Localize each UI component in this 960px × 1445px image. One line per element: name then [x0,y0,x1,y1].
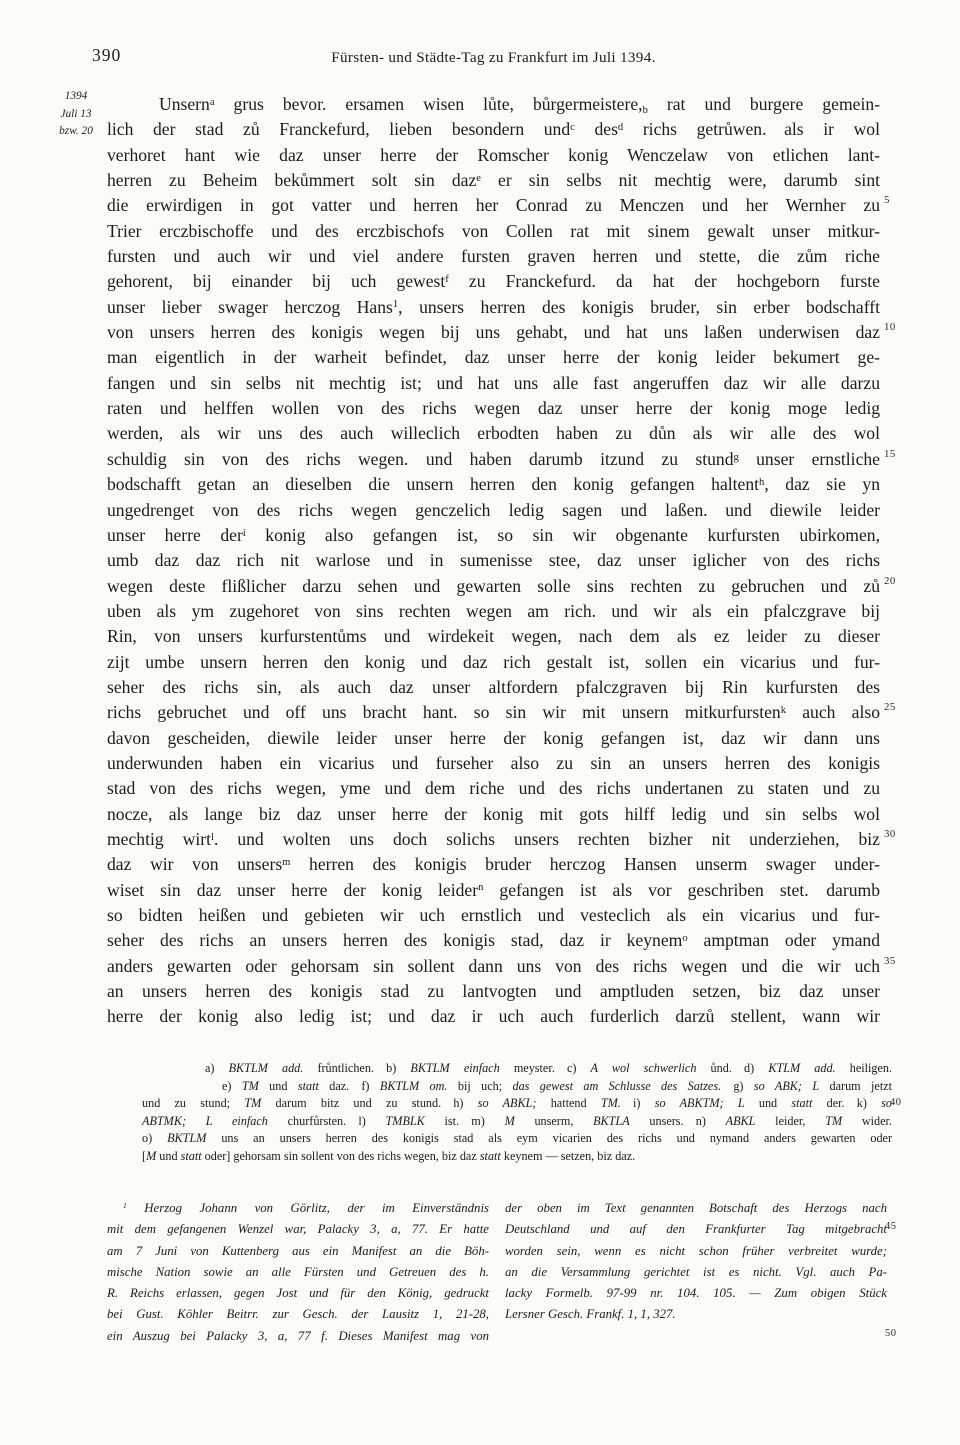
text-line: fangen und sin selbs nit mechtig ist; un… [107,371,880,396]
text-line: uben als ym zugehoret von sins rechten w… [107,599,880,624]
apparatus-line: ABTMK; L einfach churfůrsten. l) TMBLK i… [142,1113,892,1131]
apparatus-line: o) BKTLM uns an unsers herren des konigi… [142,1130,892,1148]
footnote-line: ein Auszug bei Palacky 3, a, 77 f. Diese… [107,1326,489,1347]
text-line: nocze, als lange biz daz unser herre der… [107,802,880,827]
text-line: wiset sin daz unser herre der konig leid… [107,878,880,903]
text-line: Unserna grus bevor. ersamen wisen lůte, … [107,92,880,117]
text-line: davon gescheiden, diewile leider unser h… [107,726,880,751]
text-line: die erwirdigen in got vatter und herren … [107,193,880,218]
text-line: Trier erczbischoffe und des erczbischofs… [107,219,880,244]
line-number: 45 [885,1222,915,1233]
line-number: 25 [884,702,914,713]
text-line: umb daz daz rich nit warlose und in sume… [107,548,880,573]
apparatus-line: a) BKTLM add. frůntlichen. b) BKTLM einf… [142,1060,892,1078]
margin-date-alt: bzw. 20 [46,123,106,141]
text-line: bodschafft getan an dieselben die unsern… [107,472,880,497]
footnote-line: der oben im Text genannten Botschaft des… [505,1198,887,1219]
footnote-line: mit dem gefangenen Wenzel war, Palacky 3… [107,1219,489,1240]
margin-date-day: Juli 13 [46,106,106,124]
line-number: 5 [884,195,914,206]
text-line: herren zu Beheim bekůmmert solt sin daze… [107,168,880,193]
text-line: verhoret hant wie daz unser herre der Ro… [107,143,880,168]
margin-date: 1394 Juli 13 bzw. 20 [46,88,106,141]
main-text-block: Unserna grus bevor. ersamen wisen lůte, … [107,92,880,1030]
text-line: werden, als wir uns des auch willeclich … [107,421,880,446]
line-number: 30 [884,829,914,840]
line-number: 10 [884,322,914,333]
text-line: mechtig wirtl. und wolten uns doch solic… [107,827,880,852]
footnote-line: Lersner Gesch. Frankf. 1, 1, 327. [505,1304,887,1325]
text-line: seher des richs an unsers herren des kon… [107,928,880,953]
text-line: gehorent, bij einander bij uch gewestf z… [107,269,880,294]
footnote-column-right: der oben im Text genannten Botschaft des… [505,1198,887,1347]
text-line: zijt umbe unsern herren den konig und da… [107,650,880,675]
text-line: raten und helffen wollen von des richs w… [107,396,880,421]
scanned-book-page: 390 Fürsten- und Städte-Tag zu Frankfurt… [0,0,960,1445]
text-line: so bidten heißen und gebieten wir uch er… [107,903,880,928]
text-line: man eigentlich in der warheit befindet, … [107,345,880,370]
text-line: schuldig sin von des richs wegen. und ha… [107,447,880,472]
footnote-line: 1 Herzog Johann von Görlitz, der im Einv… [107,1198,489,1219]
apparatus-line: und zu stund; TM darum bitz und zu stund… [142,1095,892,1113]
critical-apparatus-block: a) BKTLM add. frůntlichen. b) BKTLM einf… [142,1060,892,1166]
apparatus-line: e) TM und statt daz. f) BKTLM om. bij uc… [142,1078,892,1096]
running-header-title: Fürsten- und Städte-Tag zu Frankfurt im … [107,49,880,67]
footnote-line: R. Reichs erlassen, gegen Jost und für d… [107,1283,489,1304]
text-line: wegen deste flißlicher darzu sehen und g… [107,574,880,599]
line-number: 50 [885,1329,915,1340]
footnote-line: mische Nation sowie an alle Fürsten und … [107,1262,489,1283]
text-line: an unsers herren des konigis stad zu lan… [107,979,880,1004]
footnote-line: an die Versammlung gerichtet ist es nich… [505,1262,887,1283]
text-line: daz wir von unsersm herren des konigis b… [107,852,880,877]
line-number: 15 [884,449,914,460]
footnote-line: bei Gust. Köhler Beitrr. zur Gesch. der … [107,1304,489,1325]
text-line: richs gebruchet und off uns bracht hant.… [107,700,880,725]
text-line: unser herre deri konig also gefangen ist… [107,523,880,548]
line-number: 35 [884,956,914,967]
line-number: 40 [890,1098,920,1109]
text-line: herre der konig also ledig ist; und daz … [107,1004,880,1029]
margin-date-year: 1394 [46,88,106,106]
text-line: fursten und auch wir und viel andere fur… [107,244,880,269]
line-number: 20 [884,576,914,587]
apparatus-line: [M und statt oder] gehorsam sin sollent … [142,1148,892,1166]
footnote-column-left: 1 Herzog Johann von Görlitz, der im Einv… [107,1198,489,1347]
text-line: underwunden haben ein vicarius und furse… [107,751,880,776]
text-line: seher des richs sin, als auch daz unser … [107,675,880,700]
text-line: stad von des richs wegen, yme und dem ri… [107,776,880,801]
text-line: anders gewarten oder gehorsam sin sollen… [107,954,880,979]
footnote-line: am 7 Juni von Kuttenberg aus ein Manifes… [107,1241,489,1262]
footnote-line: worden sein, wenn es nicht schon früher … [505,1241,887,1262]
text-line: unser lieber swager herczog Hans1, unser… [107,295,880,320]
text-line: ungedrenget von des richs wegen genczeli… [107,498,880,523]
text-line: von unsers herren des konigis wegen bij … [107,320,880,345]
footnote-line: lacky Formelb. 97-99 nr. 104. 105. — Zum… [505,1283,887,1304]
footnote-line: 50 [505,1326,887,1347]
footnote-line: Deutschland und auf den Frankfurter Tag … [505,1219,887,1240]
text-line: lich der stad zů Franckefurd, lieben bes… [107,117,880,142]
text-line: Rin, von unsers kurfurstentůms und wirde… [107,624,880,649]
